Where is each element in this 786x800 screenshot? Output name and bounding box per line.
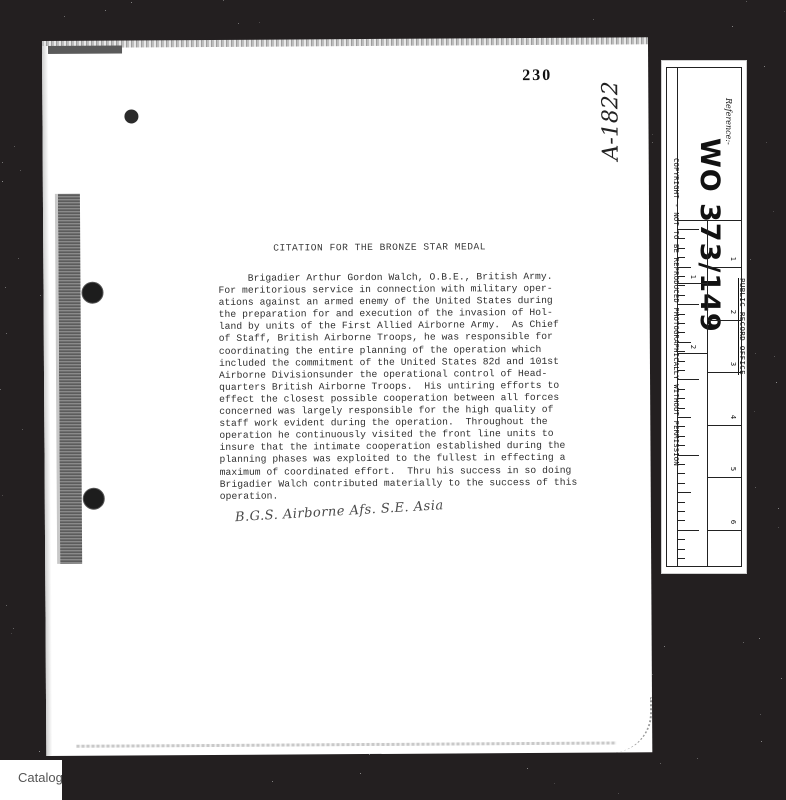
ruler-cm-label: 6	[729, 519, 737, 523]
ruler-divider	[707, 221, 708, 567]
page-left-shadow	[42, 46, 52, 756]
ruler-tick	[677, 492, 691, 493]
film-speck	[5, 287, 6, 288]
ruler-cm-label: 2	[729, 310, 737, 314]
film-speck	[652, 134, 653, 135]
film-speck	[64, 16, 65, 17]
ruler-cm-line	[707, 477, 741, 478]
ruler-cm-line	[707, 372, 741, 373]
ruler-tick	[677, 342, 691, 343]
film-speck	[20, 170, 21, 171]
ruler-tick	[677, 267, 691, 268]
film-speck	[781, 678, 782, 679]
ruler-tick	[677, 473, 685, 474]
handwritten-reference: A-1822	[598, 81, 623, 160]
ruler-cm-line	[707, 267, 741, 268]
page-number: 230	[522, 67, 552, 85]
ruler-tick	[677, 558, 685, 559]
film-speck	[732, 26, 733, 27]
ruler-major-line	[677, 353, 707, 354]
ruler-tick	[677, 398, 685, 399]
ruler-tick	[677, 238, 685, 239]
ruler-tick	[677, 436, 685, 437]
reference-label-frame: Reference:- WO 373/149 COPYRIGHT - NOT T…	[666, 67, 742, 567]
film-speck	[223, 0, 224, 1]
ruler-cm-label: 5	[729, 467, 737, 471]
ruler-tick	[677, 483, 685, 484]
film-speck	[2, 181, 3, 182]
reference-caption: Reference:-	[724, 98, 733, 145]
punch-hole-icon	[83, 488, 105, 510]
film-speck	[697, 758, 698, 759]
citation-body: Brigadier Arthur Gordon Walch, O.B.E., B…	[218, 271, 599, 503]
film-speck	[11, 633, 12, 634]
ruler-tick	[677, 530, 699, 531]
film-speck	[750, 259, 751, 260]
ruler-tick	[677, 549, 685, 550]
film-speck	[774, 356, 775, 357]
ruler-cm-label: 4	[729, 414, 737, 418]
ruler-tick	[677, 379, 699, 380]
ruler-tick	[677, 464, 685, 465]
film-speck	[746, 1, 747, 2]
film-speck	[238, 23, 239, 24]
ruler-tick	[677, 370, 685, 371]
ruler-inch-label: 1	[689, 275, 697, 279]
film-speck	[259, 22, 260, 23]
film-speck	[743, 642, 744, 643]
film-speck	[40, 295, 41, 296]
ruler-tick	[677, 426, 685, 427]
ruler-tick	[677, 511, 685, 512]
ruler-cm-line	[707, 425, 741, 426]
ruler-cm-line	[707, 530, 741, 531]
ruler-cm-label: 3	[729, 362, 737, 366]
film-speck	[664, 646, 665, 647]
film-speck	[131, 2, 132, 3]
document-page: 230 A-1822 CITATION FOR THE BRONZE STAR …	[42, 42, 652, 756]
ruler-tick	[677, 285, 685, 286]
film-speck	[766, 142, 767, 143]
ruler-major-line	[677, 283, 707, 284]
film-speck	[369, 754, 370, 755]
measurement-ruler: 12123456	[677, 220, 741, 567]
film-speck	[764, 66, 765, 67]
film-speck	[14, 146, 15, 147]
citation-line: Brigadier Walch contributed materially t…	[220, 476, 600, 490]
citation-title: CITATION FOR THE BRONZE STAR MEDAL	[273, 241, 486, 253]
film-speck	[6, 333, 7, 334]
ruler-tick	[677, 332, 685, 333]
ruler-tick	[677, 361, 685, 362]
film-speck	[272, 781, 273, 782]
film-speck	[660, 763, 661, 764]
ruler-tick	[677, 520, 685, 521]
film-speck	[13, 628, 14, 629]
ruler-tick	[677, 276, 685, 277]
citation-line: of Staff, British Airborne Troops, he wa…	[219, 331, 599, 345]
film-speck	[618, 793, 619, 794]
ruler-tick	[677, 445, 685, 446]
ruler-tick	[677, 229, 699, 230]
ruler-tick	[677, 304, 699, 305]
ruler-inch-label: 2	[689, 345, 697, 349]
film-speck	[105, 10, 106, 11]
film-speck	[759, 638, 760, 639]
ruler-tick	[677, 417, 691, 418]
film-speck	[652, 674, 653, 675]
ruler-cm-line	[707, 320, 741, 321]
film-speck	[6, 605, 7, 606]
film-speck	[360, 773, 361, 774]
ruler-tick	[677, 323, 685, 324]
film-speck	[778, 527, 779, 528]
film-speck	[778, 508, 779, 509]
film-speck	[527, 768, 528, 769]
page-top-edge	[42, 37, 648, 48]
punch-hole-icon	[81, 282, 103, 304]
film-speck	[22, 429, 23, 430]
film-speck	[754, 411, 755, 412]
ruler-tick	[677, 295, 685, 296]
film-speck	[760, 714, 761, 715]
film-speck	[2, 162, 3, 163]
film-speck	[39, 751, 40, 752]
ruler-tick	[677, 389, 685, 390]
film-speck	[0, 389, 1, 390]
film-speck	[784, 11, 785, 12]
ink-smudge	[124, 109, 138, 123]
ruler-tick	[677, 257, 685, 258]
film-speck	[755, 353, 756, 354]
film-speck	[652, 142, 653, 143]
ruler-tick	[677, 502, 685, 503]
film-speck	[554, 783, 555, 784]
page-corner-fold	[610, 697, 652, 752]
ruler-cm-label: 1	[729, 257, 737, 261]
ruler-tick	[677, 455, 699, 456]
film-speck	[773, 211, 774, 212]
page-bottom-edge	[76, 742, 616, 748]
catalog-label: Catalogue	[0, 760, 62, 800]
ruler-tick	[677, 314, 685, 315]
film-speck	[2, 495, 3, 496]
film-speck	[776, 382, 777, 383]
ruler-tick	[677, 408, 685, 409]
ruler-tick	[677, 248, 685, 249]
page-top-shadow	[42, 46, 122, 54]
reference-label: Reference:- WO 373/149 COPYRIGHT - NOT T…	[661, 60, 747, 574]
film-speck	[18, 258, 19, 259]
film-speck	[755, 487, 756, 488]
film-speck	[593, 19, 594, 20]
ruler-tick	[677, 539, 685, 540]
binding-strip	[55, 194, 82, 564]
film-speck	[761, 741, 762, 742]
